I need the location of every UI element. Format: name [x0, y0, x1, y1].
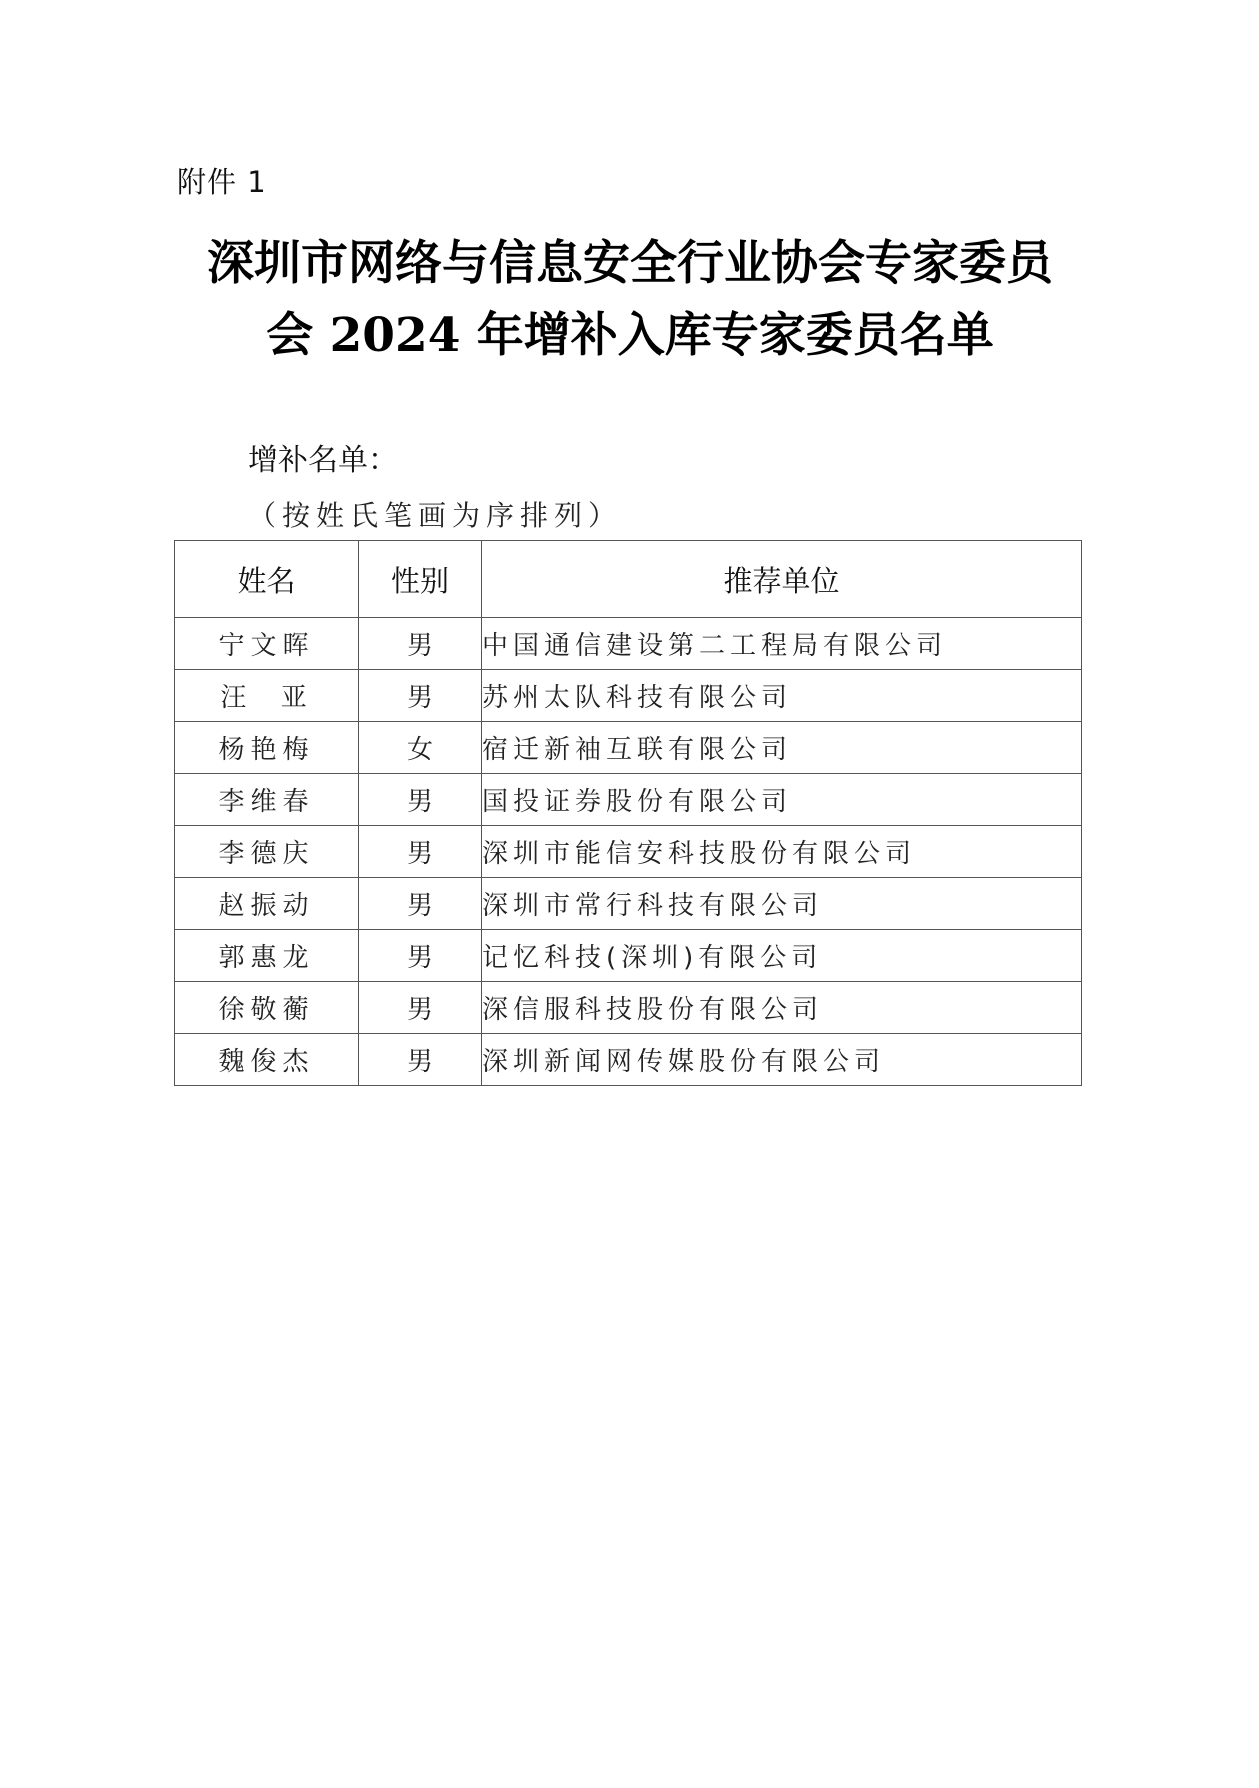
section-label: 增补名单： — [248, 435, 398, 479]
table-row: 汪 亚 男 苏州太队科技有限公司 — [175, 670, 1082, 722]
cell-name: 宁文晖 — [175, 618, 359, 670]
cell-gender: 男 — [359, 826, 482, 878]
table-row: 杨艳梅 女 宿迁新袖互联有限公司 — [175, 722, 1082, 774]
table-row: 李德庆 男 深圳市能信安科技股份有限公司 — [175, 826, 1082, 878]
cell-gender: 男 — [359, 878, 482, 930]
cell-name: 杨艳梅 — [175, 722, 359, 774]
cell-unit: 国投证券股份有限公司 — [482, 774, 1082, 826]
cell-gender: 男 — [359, 670, 482, 722]
cell-unit: 记忆科技(深圳)有限公司 — [482, 930, 1082, 982]
cell-gender: 男 — [359, 1034, 482, 1086]
header-name: 姓名 — [175, 541, 359, 618]
table-row: 魏俊杰 男 深圳新闻网传媒股份有限公司 — [175, 1034, 1082, 1086]
cell-gender: 男 — [359, 930, 482, 982]
cell-name: 赵振动 — [175, 878, 359, 930]
cell-unit: 宿迁新袖互联有限公司 — [482, 722, 1082, 774]
cell-unit: 深信服科技股份有限公司 — [482, 982, 1082, 1034]
cell-unit: 中国通信建设第二工程局有限公司 — [482, 618, 1082, 670]
document-page: 附件 1 深圳市网络与信息安全行业协会专家委员 会 2024 年增补入库专家委员… — [0, 0, 1259, 1788]
cell-name: 徐敬蘅 — [175, 982, 359, 1034]
cell-gender: 男 — [359, 618, 482, 670]
cell-name: 郭惠龙 — [175, 930, 359, 982]
sort-note: （按姓氏笔画为序排列） — [248, 494, 622, 534]
document-title: 深圳市网络与信息安全行业协会专家委员 会 2024 年增补入库专家委员名单 — [150, 228, 1110, 372]
table-row: 赵振动 男 深圳市常行科技有限公司 — [175, 878, 1082, 930]
title-line-1: 深圳市网络与信息安全行业协会专家委员 — [150, 228, 1110, 300]
title-line-2: 会 2024 年增补入库专家委员名单 — [150, 300, 1110, 372]
cell-unit: 深圳市常行科技有限公司 — [482, 878, 1082, 930]
cell-gender: 男 — [359, 982, 482, 1034]
table-row: 徐敬蘅 男 深信服科技股份有限公司 — [175, 982, 1082, 1034]
cell-gender: 女 — [359, 722, 482, 774]
cell-unit: 苏州太队科技有限公司 — [482, 670, 1082, 722]
cell-name: 魏俊杰 — [175, 1034, 359, 1086]
cell-gender: 男 — [359, 774, 482, 826]
header-unit: 推荐单位 — [482, 541, 1082, 618]
header-gender: 性别 — [359, 541, 482, 618]
cell-unit: 深圳新闻网传媒股份有限公司 — [482, 1034, 1082, 1086]
cell-name: 汪 亚 — [175, 670, 359, 722]
attachment-label: 附件 1 — [177, 160, 267, 201]
cell-name: 李维春 — [175, 774, 359, 826]
cell-name: 李德庆 — [175, 826, 359, 878]
table-row: 李维春 男 国投证券股份有限公司 — [175, 774, 1082, 826]
table-row: 宁文晖 男 中国通信建设第二工程局有限公司 — [175, 618, 1082, 670]
expert-list-table: 姓名 性别 推荐单位 宁文晖 男 中国通信建设第二工程局有限公司 汪 亚 男 苏… — [174, 540, 1082, 1086]
table-row: 郭惠龙 男 记忆科技(深圳)有限公司 — [175, 930, 1082, 982]
cell-unit: 深圳市能信安科技股份有限公司 — [482, 826, 1082, 878]
table-header-row: 姓名 性别 推荐单位 — [175, 541, 1082, 618]
